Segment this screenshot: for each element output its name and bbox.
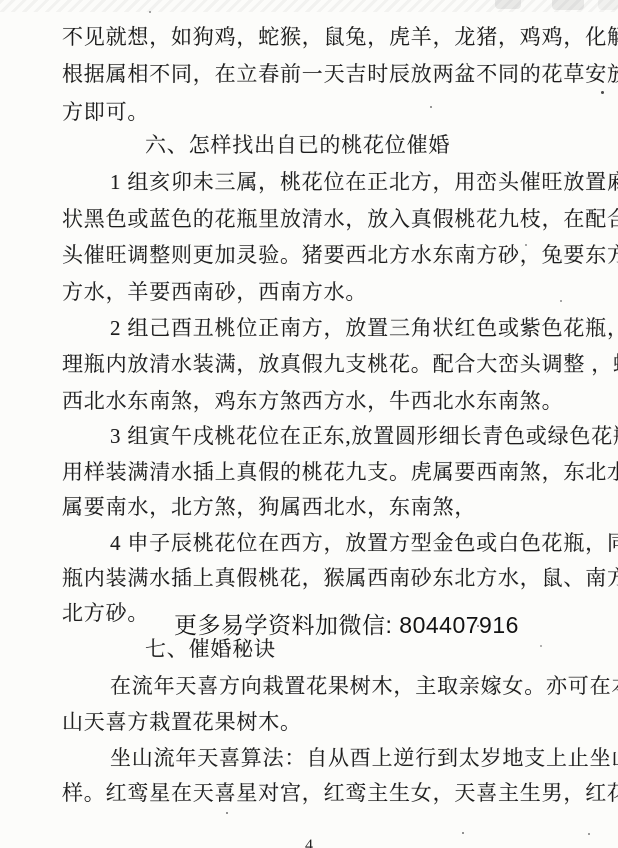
text-line: 根据属相不同，在立春前一天吉时辰放两盆不同的花草安放在东 [62, 62, 618, 86]
scan-speck [149, 11, 151, 13]
text-line: 山天喜方栽置花果树木。 [62, 710, 302, 734]
section-heading-six: 六、怎样找出自已的桃花位催婚 [145, 133, 450, 157]
text-line: 方即可。 [62, 100, 149, 124]
text-line: 不见就想，如狗鸡，蛇猴，鼠兔，虎羊，龙猪，鸡鸡，化解方法： [62, 25, 618, 49]
scan-speck [601, 91, 604, 94]
scan-speck [572, 177, 574, 179]
scan-speck [588, 833, 590, 835]
page-number: 4 [0, 837, 618, 848]
text-line: 北方砂。 [62, 601, 149, 625]
scan-speck [560, 300, 562, 302]
text-line: 头催旺调整则更加灵验。猪要西北方水东南方砂，兔要东方砂西 [62, 243, 618, 267]
scan-speck [226, 812, 228, 814]
watermark-text: 更多易学资料加微信: 804407916 [174, 607, 519, 640]
scan-speck [462, 832, 464, 834]
text-line: 在流年天喜方向栽置花果树木，主取亲嫁女。亦可在本坐 [110, 674, 618, 698]
scan-speck [477, 625, 479, 627]
scan-speck [430, 106, 432, 108]
text-line: 状黑色或蓝色的花瓶里放清水，放入真假桃花九枝，在配合大峦 [62, 207, 618, 231]
text-line: 属要南水，北方煞，狗属西北水，东南煞， [62, 495, 476, 519]
scan-smudge [598, 0, 618, 10]
scan-texture-band [0, 0, 618, 12]
text-line: 1 组亥卯未三属，桃花位在正北方，用峦头催旺放置麻花 [110, 170, 618, 194]
scan-smudge [552, 0, 584, 10]
text-line: 3 组寅午戌桃花位在正东,放置圆形细长青色或绿色花瓶, [110, 424, 618, 448]
text-line: 2 组己酉丑桃位正南方，放置三角状红色或紫色花瓶，同 [110, 316, 618, 340]
text-line: 西北水东南煞，鸡东方煞西方水，牛西北水东南煞。 [62, 389, 563, 413]
section-heading-seven: 七、催婚秘诀 [145, 637, 276, 661]
text-line: 瓶内装满水插上真假桃花，猴属西南砂东北方水，鼠、南方水， [62, 566, 618, 590]
scan-speck [525, 244, 527, 246]
scan-smudge [495, 0, 521, 9]
text-line: 方水，羊要西南砂，西南方水。 [62, 280, 367, 304]
text-line: 理瓶内放清水装满，放真假九支桃花。配合大峦头调整 ，蛇属 [62, 352, 618, 376]
scanned-document-page: 不见就想，如狗鸡，蛇猴，鼠兔，虎羊，龙猪，鸡鸡，化解方法： 根据属相不同，在立春… [0, 0, 618, 848]
scan-speck [540, 645, 542, 647]
text-line: 样。红鸾星在天喜星对宫，红鸾主生女，天喜主生男，红花应嫁 [62, 781, 618, 805]
text-line: 坐山流年天喜算法：自从酉上逆行到太岁地支上止坐山同 [110, 746, 618, 770]
text-line: 用样装满清水插上真假的桃花九支。虎属要西南煞，东北水，马 [62, 460, 618, 484]
text-line: 4 申子辰桃花位在西方，放置方型金色或白色花瓶，同上 [110, 531, 618, 555]
scan-speck [582, 463, 584, 465]
